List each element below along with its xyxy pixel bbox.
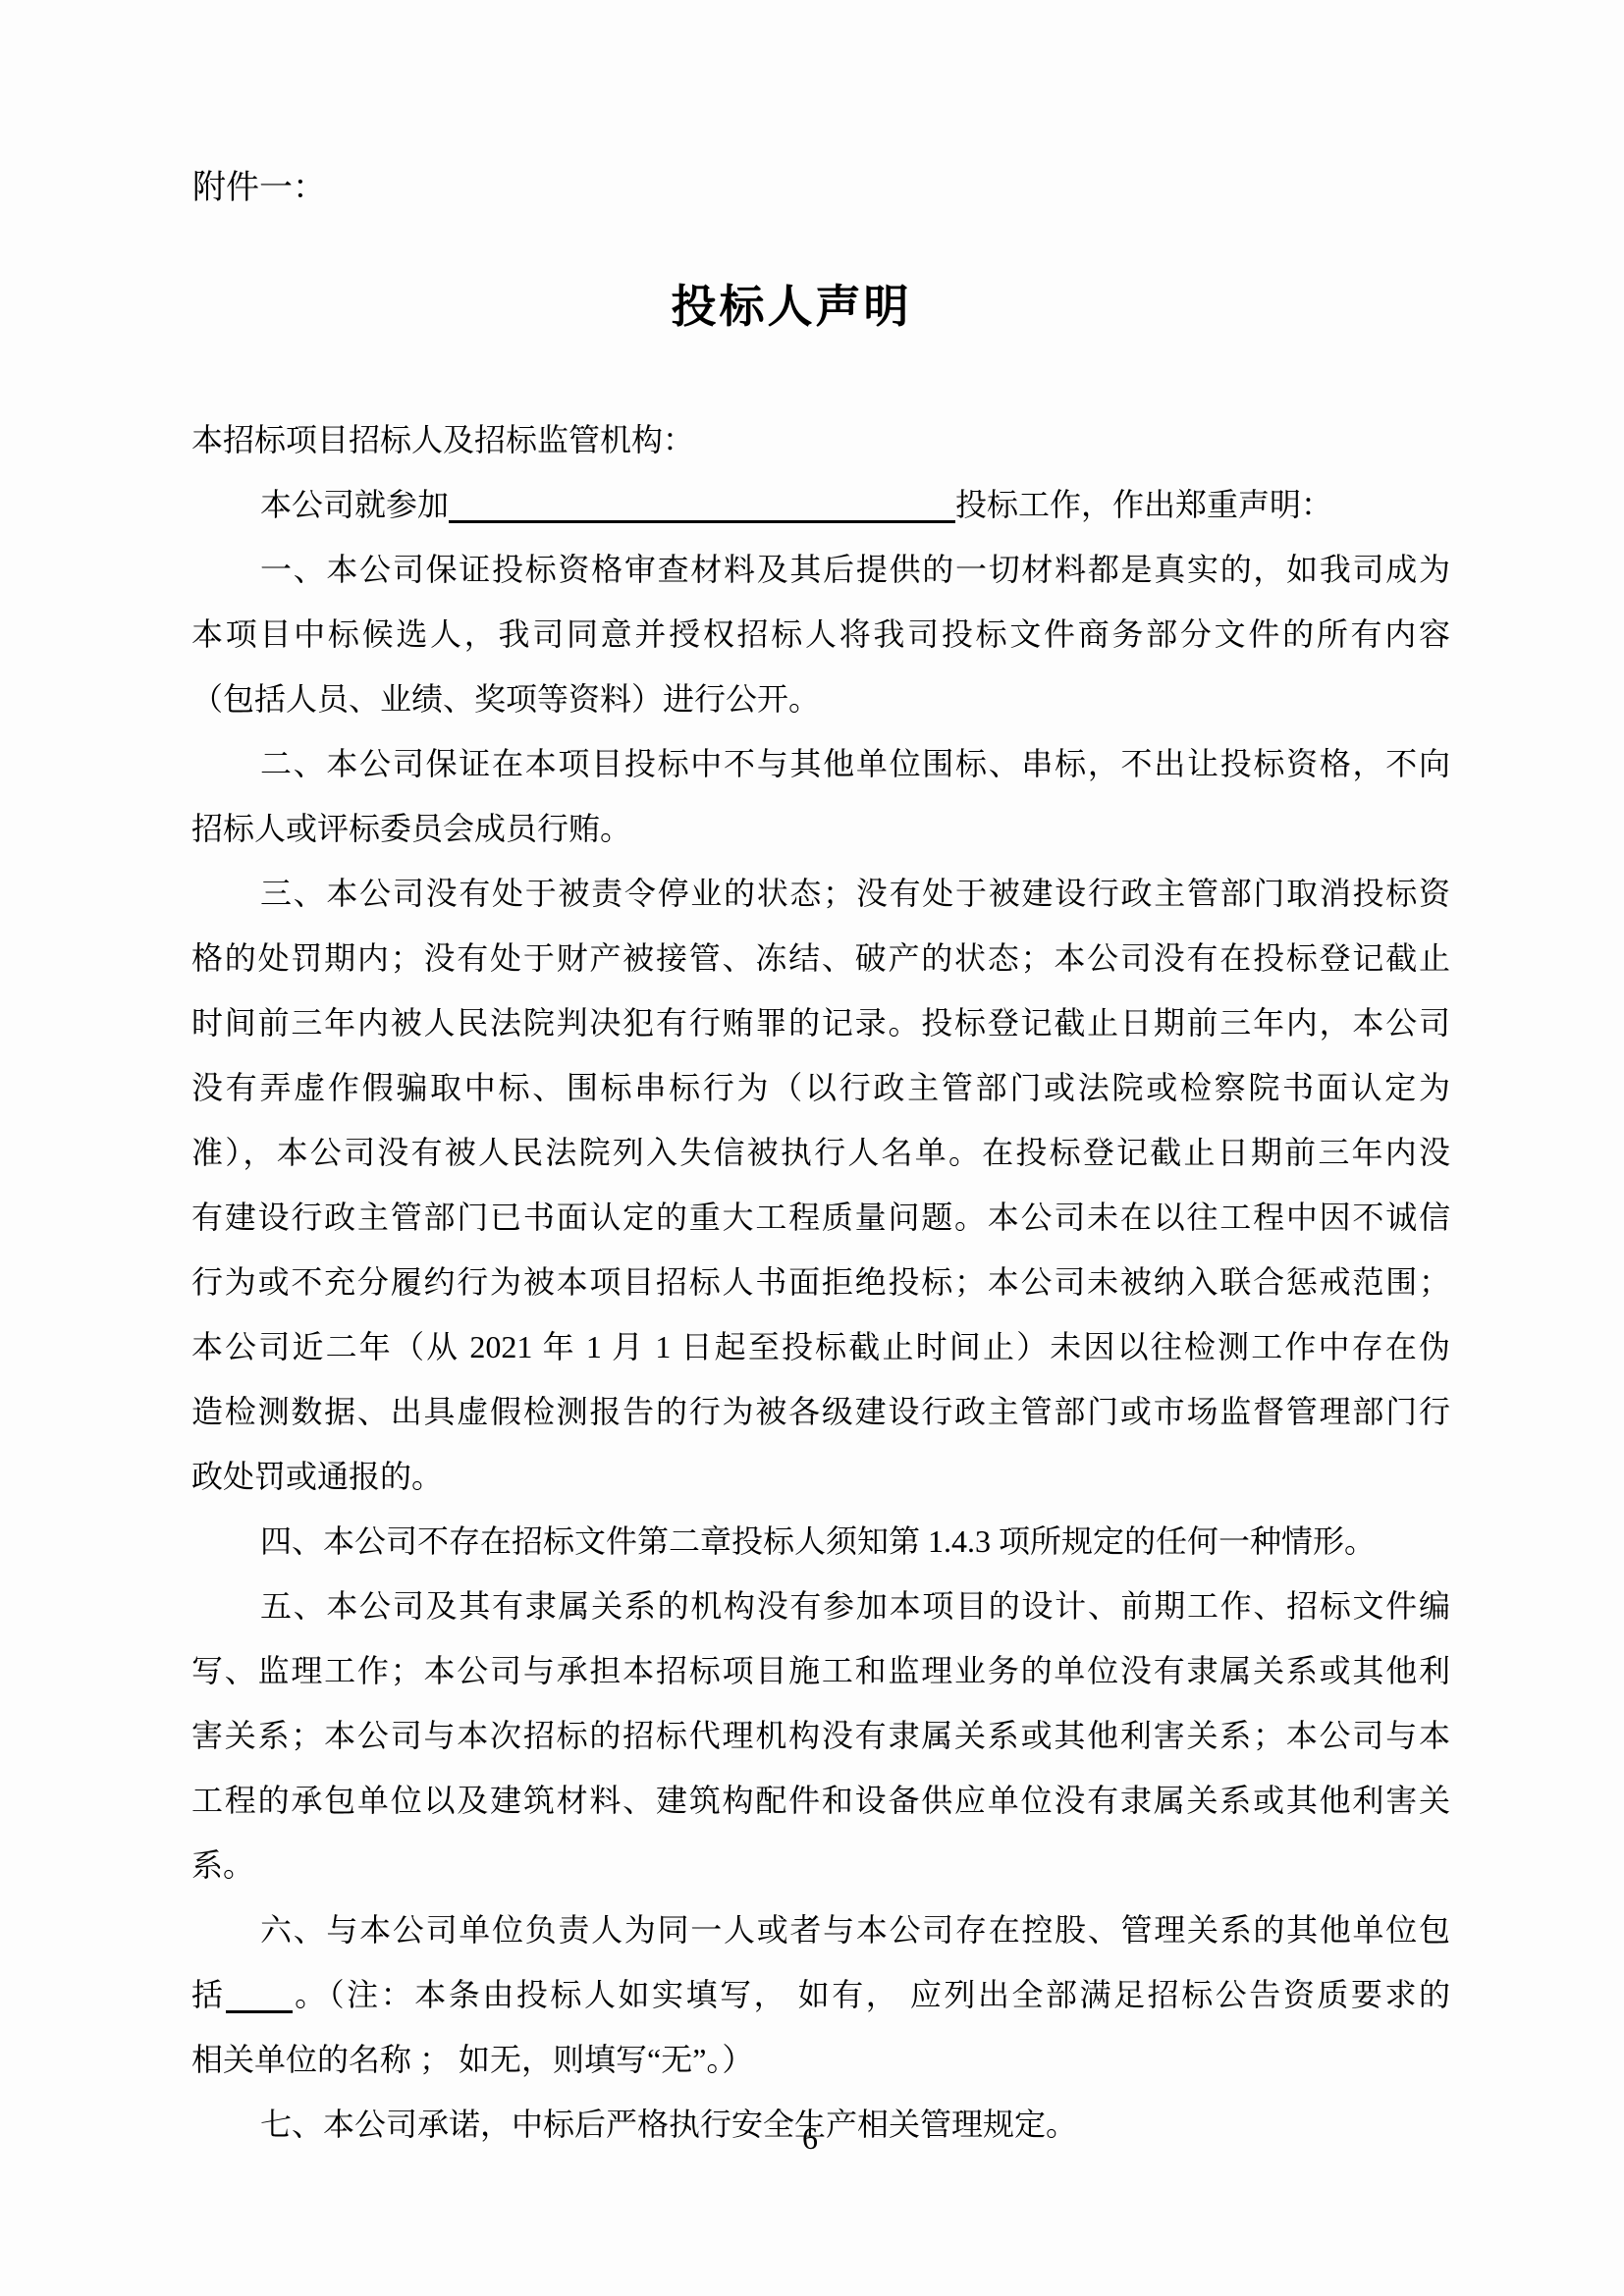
intro-line: 本招标项目招标人及招标监管机构：	[191, 407, 1450, 472]
item-1-line-3: （包括人员、业绩、奖项等资料）进行公开。	[191, 667, 1450, 731]
item-1-line-2: 本项目中标候选人，我司同意并授权招标人将我司投标文件商务部分文件的所有内容	[191, 602, 1450, 667]
item-6-line-2-prefix: 括	[191, 1977, 226, 2012]
document-page: 附件一： 投标人声明 本招标项目招标人及招标监管机构： 本公司就参加投标工作，作…	[0, 0, 1624, 2296]
item-1-line-1: 一、本公司保证投标资格审查材料及其后提供的一切材料都是真实的，如我司成为	[191, 537, 1450, 602]
declaration-suffix: 投标工作，作出郑重声明：	[955, 487, 1332, 522]
item-3-line-3: 时间前三年内被人民法院判决犯有行贿罪的记录。投标登记截止日期前三年内，本公司	[191, 990, 1450, 1055]
item-2-line-1: 二、本公司保证在本项目投标中不与其他单位围标、串标，不出让投标资格，不向	[191, 731, 1450, 796]
page-title: 投标人声明	[0, 271, 1583, 336]
document-body: 本招标项目招标人及招标监管机构： 本公司就参加投标工作，作出郑重声明： 一、本公…	[191, 407, 1450, 2157]
item-5-line-3: 害关系；本公司与本次招标的招标代理机构没有隶属关系或其他利害关系；本公司与本	[191, 1703, 1450, 1768]
declaration-prefix: 本公司就参加	[260, 487, 449, 522]
item-3-line-4: 没有弄虚作假骗取中标、围标串标行为（以行政主管部门或法院或检察院书面认定为	[191, 1055, 1450, 1120]
item-5-line-4: 工程的承包单位以及建筑材料、建筑构配件和设备供应单位没有隶属关系或其他利害关	[191, 1768, 1450, 1833]
item-3-line-2: 格的处罚期内；没有处于财产被接管、冻结、破产的状态；本公司没有在投标登记截止	[191, 926, 1450, 990]
item-3-line-7: 行为或不充分履约行为被本项目招标人书面拒绝投标；本公司未被纳入联合惩戒范围；	[191, 1250, 1450, 1314]
fill-in-blank-project	[449, 519, 955, 523]
item-2-line-2: 招标人或评标委员会成员行贿。	[191, 796, 1450, 861]
item-3-line-10: 政处罚或通报的。	[191, 1444, 1450, 1509]
declaration-line: 本公司就参加投标工作，作出郑重声明：	[191, 472, 1450, 537]
item-5-line-5: 系。	[191, 1833, 1450, 1897]
item-6-line-2-suffix: 。（注：本条由投标人如实填写， 如有， 应列出全部满足招标公告资质要求的	[293, 1977, 1450, 2012]
attachment-label: 附件一：	[192, 169, 326, 209]
item-4-line-1: 四、本公司不存在招标文件第二章投标人须知第 1.4.3 项所规定的任何一种情形。	[191, 1509, 1450, 1574]
item-6-line-3: 相关单位的名称 ； 如无，则填写“无”。）	[191, 2027, 1450, 2092]
item-3-line-6: 有建设行政主管部门已书面认定的重大工程质量问题。本公司未在以往工程中因不诚信	[191, 1185, 1450, 1250]
item-3-line-5: 准），本公司没有被人民法院列入失信被执行人名单。在投标登记截止日期前三年内没	[191, 1120, 1450, 1185]
fill-in-blank-units	[226, 2009, 293, 2013]
item-3-line-1: 三、本公司没有处于被责令停业的状态；没有处于被建设行政主管部门取消投标资	[191, 861, 1450, 926]
item-3-line-8: 本公司近二年（从 2021 年 1 月 1 日起至投标截止时间止）未因以往检测工…	[191, 1314, 1450, 1379]
item-5-line-1: 五、本公司及其有隶属关系的机构没有参加本项目的设计、前期工作、招标文件编	[191, 1574, 1450, 1638]
page-number: 6	[0, 2120, 1620, 2157]
item-6-line-2: 括。（注：本条由投标人如实填写， 如有， 应列出全部满足招标公告资质要求的	[191, 1962, 1450, 2027]
item-3-line-9: 造检测数据、出具虚假检测报告的行为被各级建设行政主管部门或市场监督管理部门行	[191, 1379, 1450, 1444]
item-5-line-2: 写、监理工作；本公司与承担本招标项目施工和监理业务的单位没有隶属关系或其他利	[191, 1638, 1450, 1703]
item-6-line-1: 六、与本公司单位负责人为同一人或者与本公司存在控股、管理关系的其他单位包	[191, 1897, 1450, 1962]
